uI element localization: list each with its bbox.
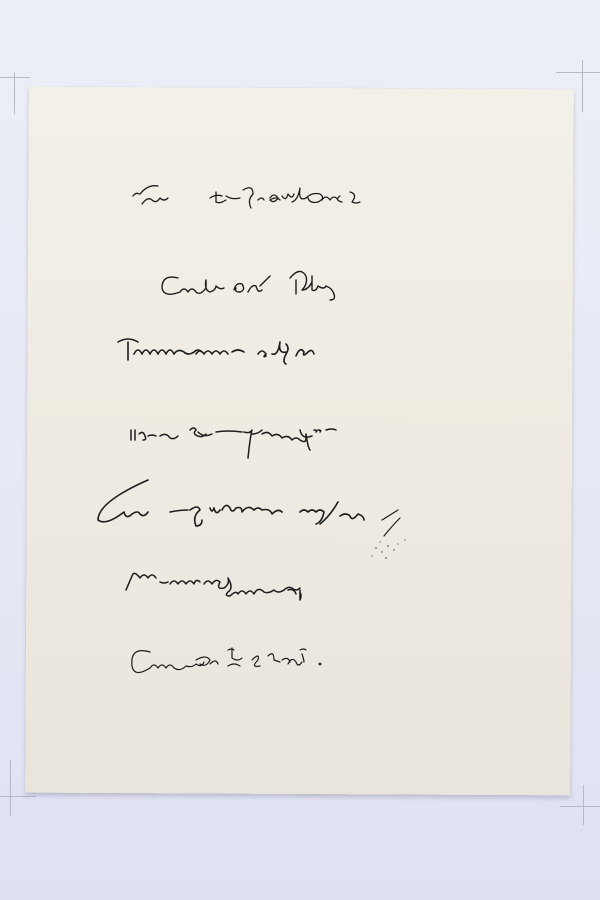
handwriting-line-4	[131, 428, 336, 458]
ink-speckles	[371, 539, 405, 558]
handwriting-line-2	[162, 271, 335, 300]
handwriting-line-7	[132, 648, 321, 673]
handwriting-line-6	[126, 573, 301, 600]
handwriting-line-1	[133, 186, 360, 208]
handwriting-line-5	[98, 480, 400, 536]
handwriting-line-3	[118, 339, 314, 364]
asemic-handwriting	[0, 0, 600, 900]
